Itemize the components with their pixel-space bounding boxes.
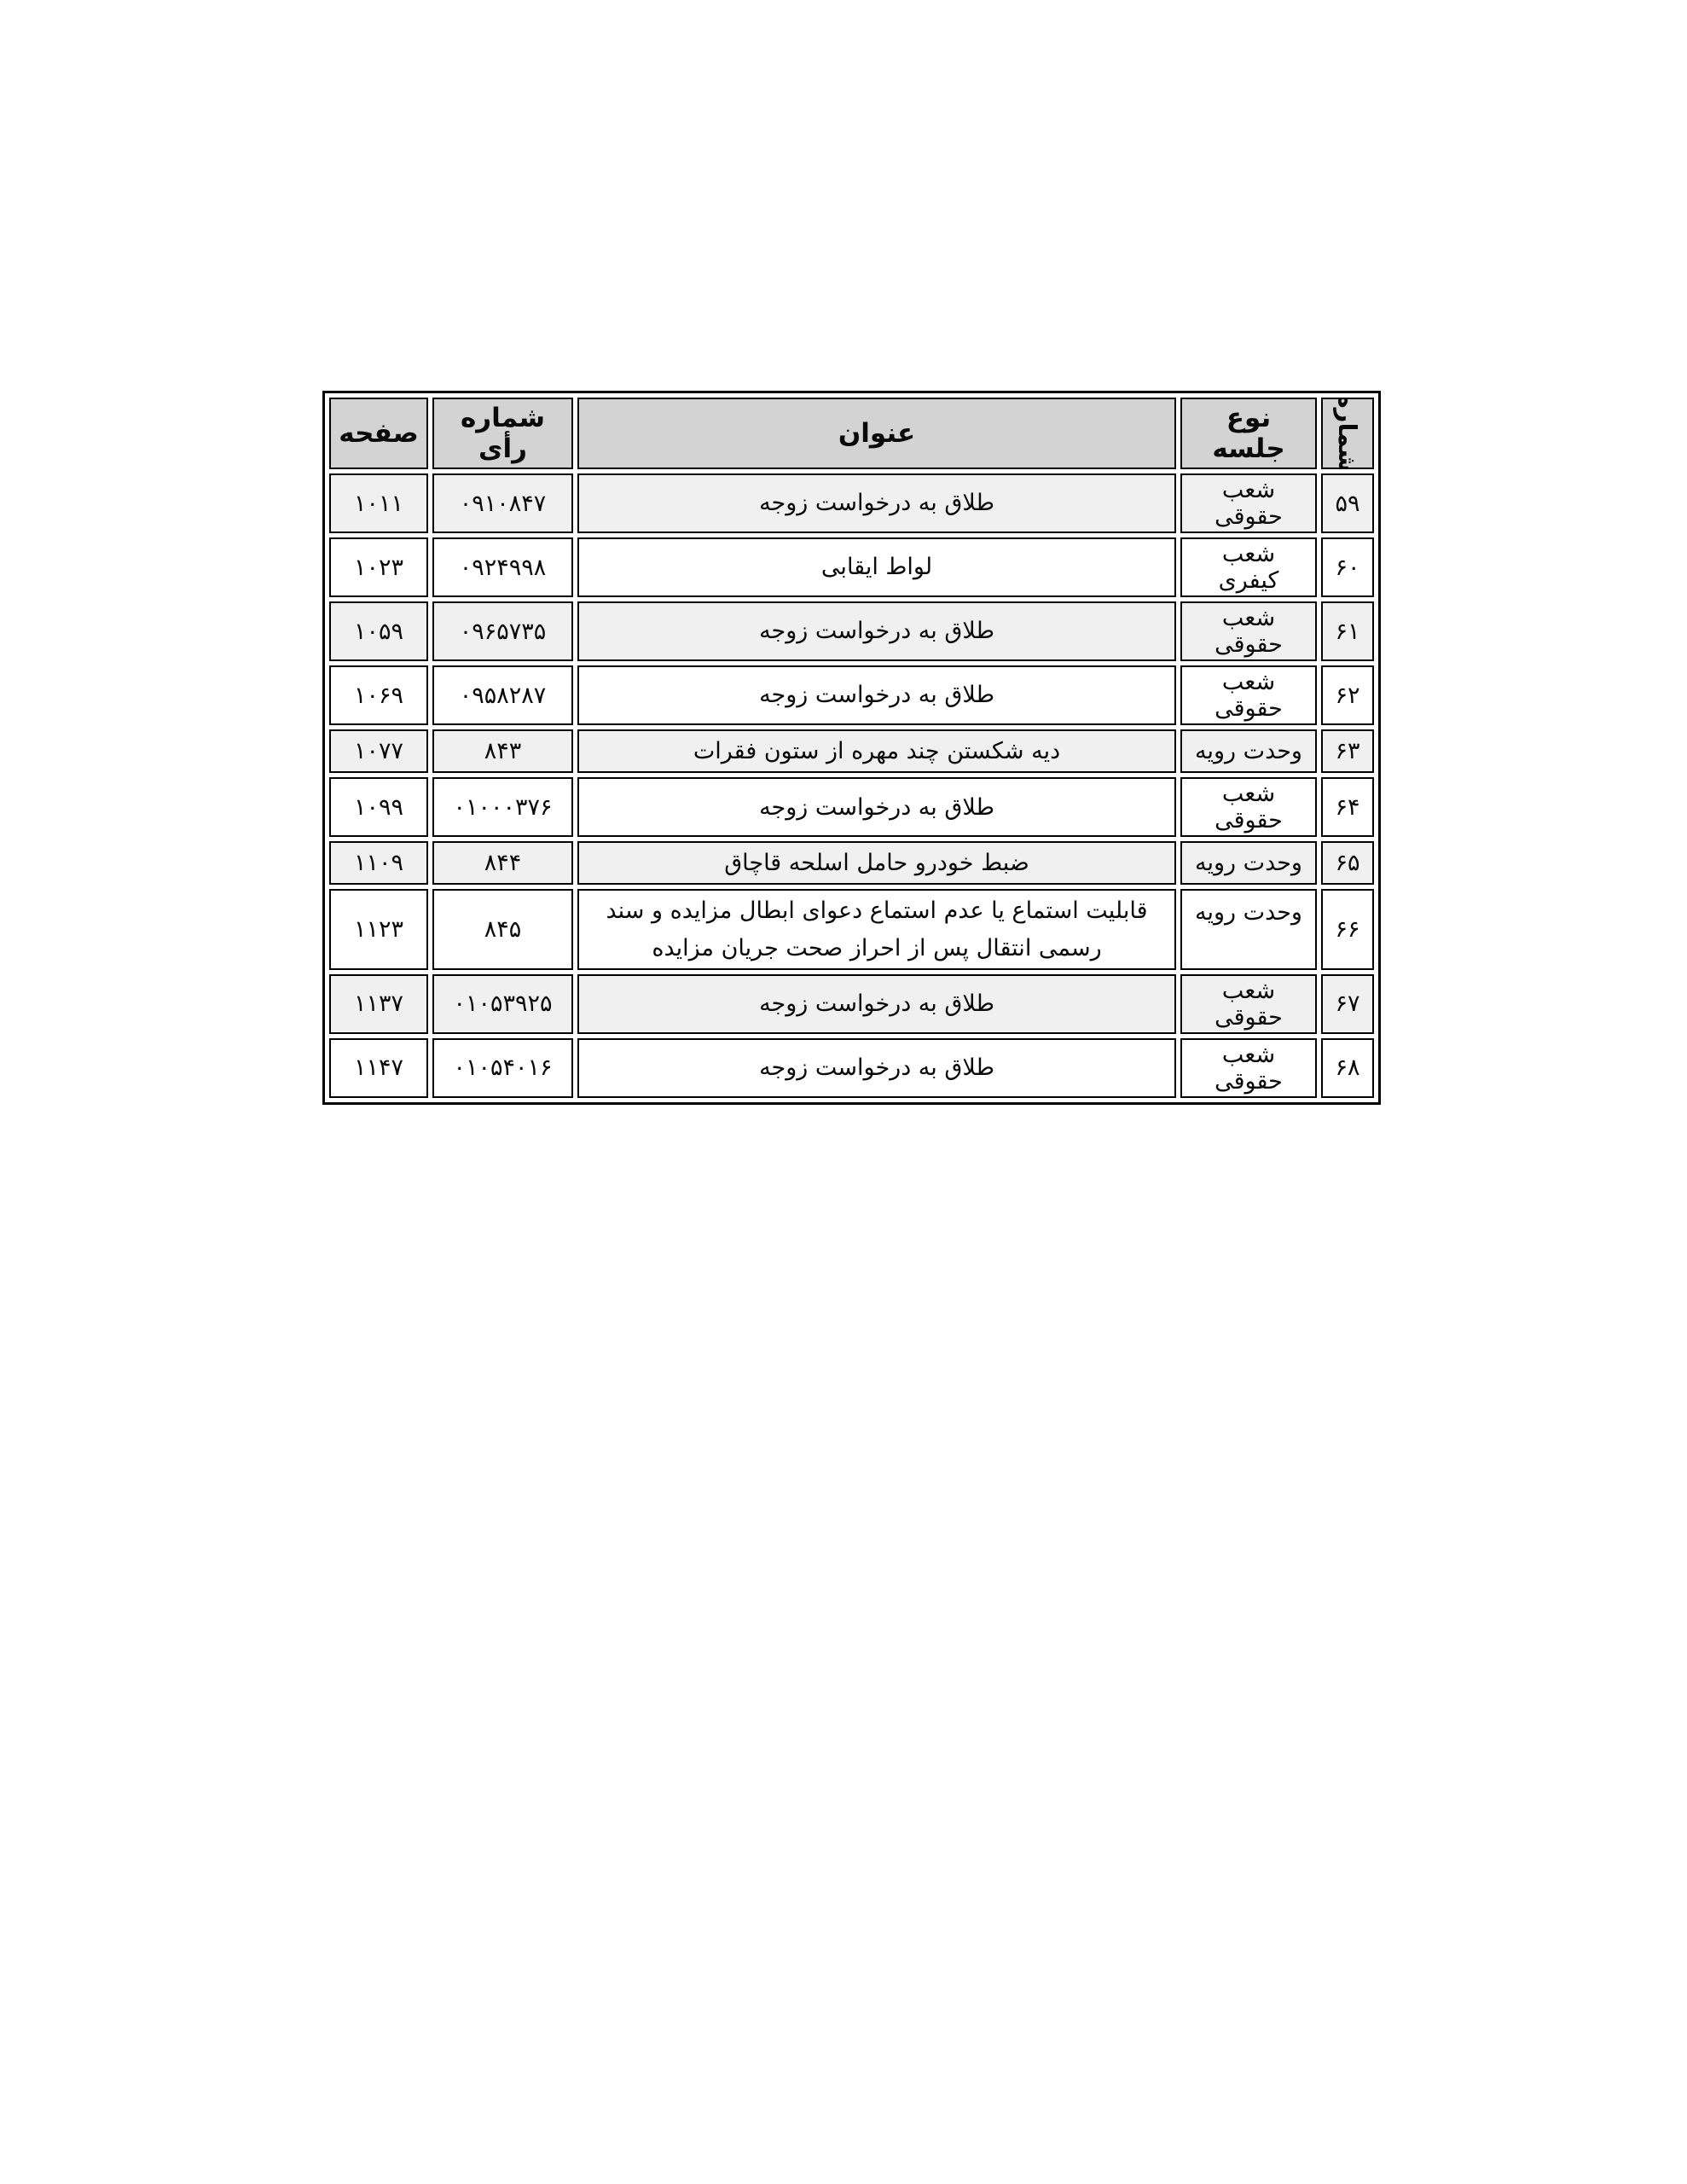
- cell-number: ۶۰: [1321, 537, 1374, 597]
- cell-page-number: ۱۰۹۹: [329, 777, 428, 837]
- cell-verdict-number: ۸۴۳: [432, 729, 573, 773]
- cell-verdict-number: ۰۱۰۵۴۰۱۶: [432, 1038, 573, 1098]
- column-header-title: عنوان: [577, 398, 1176, 469]
- cell-number: ۶۲: [1321, 665, 1374, 725]
- table-row: ۵۹ شعب حقوقی طلاق به درخواست زوجه ۰۹۱۰۸۴…: [329, 473, 1374, 533]
- header-row: شماره نوع جلسه عنوان شماره رأی صفحه: [329, 398, 1374, 469]
- table-row: ۶۸ شعب حقوقی طلاق به درخواست زوجه ۰۱۰۵۴۰…: [329, 1038, 1374, 1098]
- cell-number: ۶۵: [1321, 841, 1374, 885]
- cell-verdict-number: ۸۴۴: [432, 841, 573, 885]
- cell-session-type: وحدت رویه: [1180, 889, 1317, 969]
- cell-page-number: ۱۰۷۷: [329, 729, 428, 773]
- cell-session-type: وحدت رویه: [1180, 729, 1317, 773]
- document-page: شماره نوع جلسه عنوان شماره رأی صفحه ۵۹ ش…: [0, 0, 1687, 2184]
- cell-title: لواط ایقابی: [577, 537, 1176, 597]
- cell-verdict-number: ۰۱۰۵۳۹۲۵: [432, 974, 573, 1034]
- column-header-session-type: نوع جلسه: [1180, 398, 1317, 469]
- cell-title: قابلیت استماع یا عدم استماع دعوای ابطال …: [577, 889, 1176, 969]
- cell-number: ۶۶: [1321, 889, 1374, 969]
- column-header-verdict-number: شماره رأی: [432, 398, 573, 469]
- cell-number: ۶۷: [1321, 974, 1374, 1034]
- cell-title: طلاق به درخواست زوجه: [577, 777, 1176, 837]
- table-row: ۶۰ شعب کیفری لواط ایقابی ۰۹۲۴۹۹۸ ۱۰۲۳: [329, 537, 1374, 597]
- cell-number: ۶۱: [1321, 601, 1374, 661]
- cell-page-number: ۱۱۴۷: [329, 1038, 428, 1098]
- table-row: ۶۶ وحدت رویه قابلیت استماع یا عدم استماع…: [329, 889, 1374, 969]
- cell-page-number: ۱۱۲۳: [329, 889, 428, 969]
- cell-page-number: ۱۰۱۱: [329, 473, 428, 533]
- cell-verdict-number: ۰۹۶۵۷۳۵: [432, 601, 573, 661]
- cell-page-number: ۱۱۰۹: [329, 841, 428, 885]
- cell-title: طلاق به درخواست زوجه: [577, 665, 1176, 725]
- column-header-page-number: صفحه: [329, 398, 428, 469]
- cell-page-number: ۱۱۳۷: [329, 974, 428, 1034]
- cell-session-type: شعب حقوقی: [1180, 601, 1317, 661]
- column-header-number: شماره: [1321, 398, 1374, 469]
- cell-session-type: وحدت رویه: [1180, 841, 1317, 885]
- cell-verdict-number: ۸۴۵: [432, 889, 573, 969]
- table-row: ۶۱ شعب حقوقی طلاق به درخواست زوجه ۰۹۶۵۷۳…: [329, 601, 1374, 661]
- cell-session-type: شعب کیفری: [1180, 537, 1317, 597]
- cell-title: طلاق به درخواست زوجه: [577, 473, 1176, 533]
- cell-verdict-number: ۰۹۲۴۹۹۸: [432, 537, 573, 597]
- table-row: ۶۳ وحدت رویه دیه شکستن چند مهره از ستون …: [329, 729, 1374, 773]
- cell-session-type: شعب حقوقی: [1180, 974, 1317, 1034]
- cell-session-type: شعب حقوقی: [1180, 1038, 1317, 1098]
- table-row: ۶۷ شعب حقوقی طلاق به درخواست زوجه ۰۱۰۵۳۹…: [329, 974, 1374, 1034]
- cell-number: ۶۸: [1321, 1038, 1374, 1098]
- verdicts-table: شماره نوع جلسه عنوان شماره رأی صفحه ۵۹ ش…: [322, 391, 1381, 1105]
- cell-page-number: ۱۰۵۹: [329, 601, 428, 661]
- cell-number: ۶۳: [1321, 729, 1374, 773]
- cell-number: ۶۴: [1321, 777, 1374, 837]
- table-row: ۶۴ شعب حقوقی طلاق به درخواست زوجه ۰۱۰۰۰۳…: [329, 777, 1374, 837]
- cell-verdict-number: ۰۹۵۸۲۸۷: [432, 665, 573, 725]
- cell-title: طلاق به درخواست زوجه: [577, 974, 1176, 1034]
- cell-verdict-number: ۰۱۰۰۰۳۷۶: [432, 777, 573, 837]
- cell-session-type: شعب حقوقی: [1180, 665, 1317, 725]
- cell-page-number: ۱۰۶۹: [329, 665, 428, 725]
- cell-title: ضبط خودرو حامل اسلحه قاچاق: [577, 841, 1176, 885]
- column-header-number-label: شماره: [1321, 409, 1374, 458]
- cell-session-type: شعب حقوقی: [1180, 777, 1317, 837]
- table-row: ۶۵ وحدت رویه ضبط خودرو حامل اسلحه قاچاق …: [329, 841, 1374, 885]
- cell-number: ۵۹: [1321, 473, 1374, 533]
- table-row: ۶۲ شعب حقوقی طلاق به درخواست زوجه ۰۹۵۸۲۸…: [329, 665, 1374, 725]
- cell-verdict-number: ۰۹۱۰۸۴۷: [432, 473, 573, 533]
- cell-title: طلاق به درخواست زوجه: [577, 601, 1176, 661]
- cell-title: طلاق به درخواست زوجه: [577, 1038, 1176, 1098]
- cell-page-number: ۱۰۲۳: [329, 537, 428, 597]
- cell-session-type: شعب حقوقی: [1180, 473, 1317, 533]
- cell-title: دیه شکستن چند مهره از ستون فقرات: [577, 729, 1176, 773]
